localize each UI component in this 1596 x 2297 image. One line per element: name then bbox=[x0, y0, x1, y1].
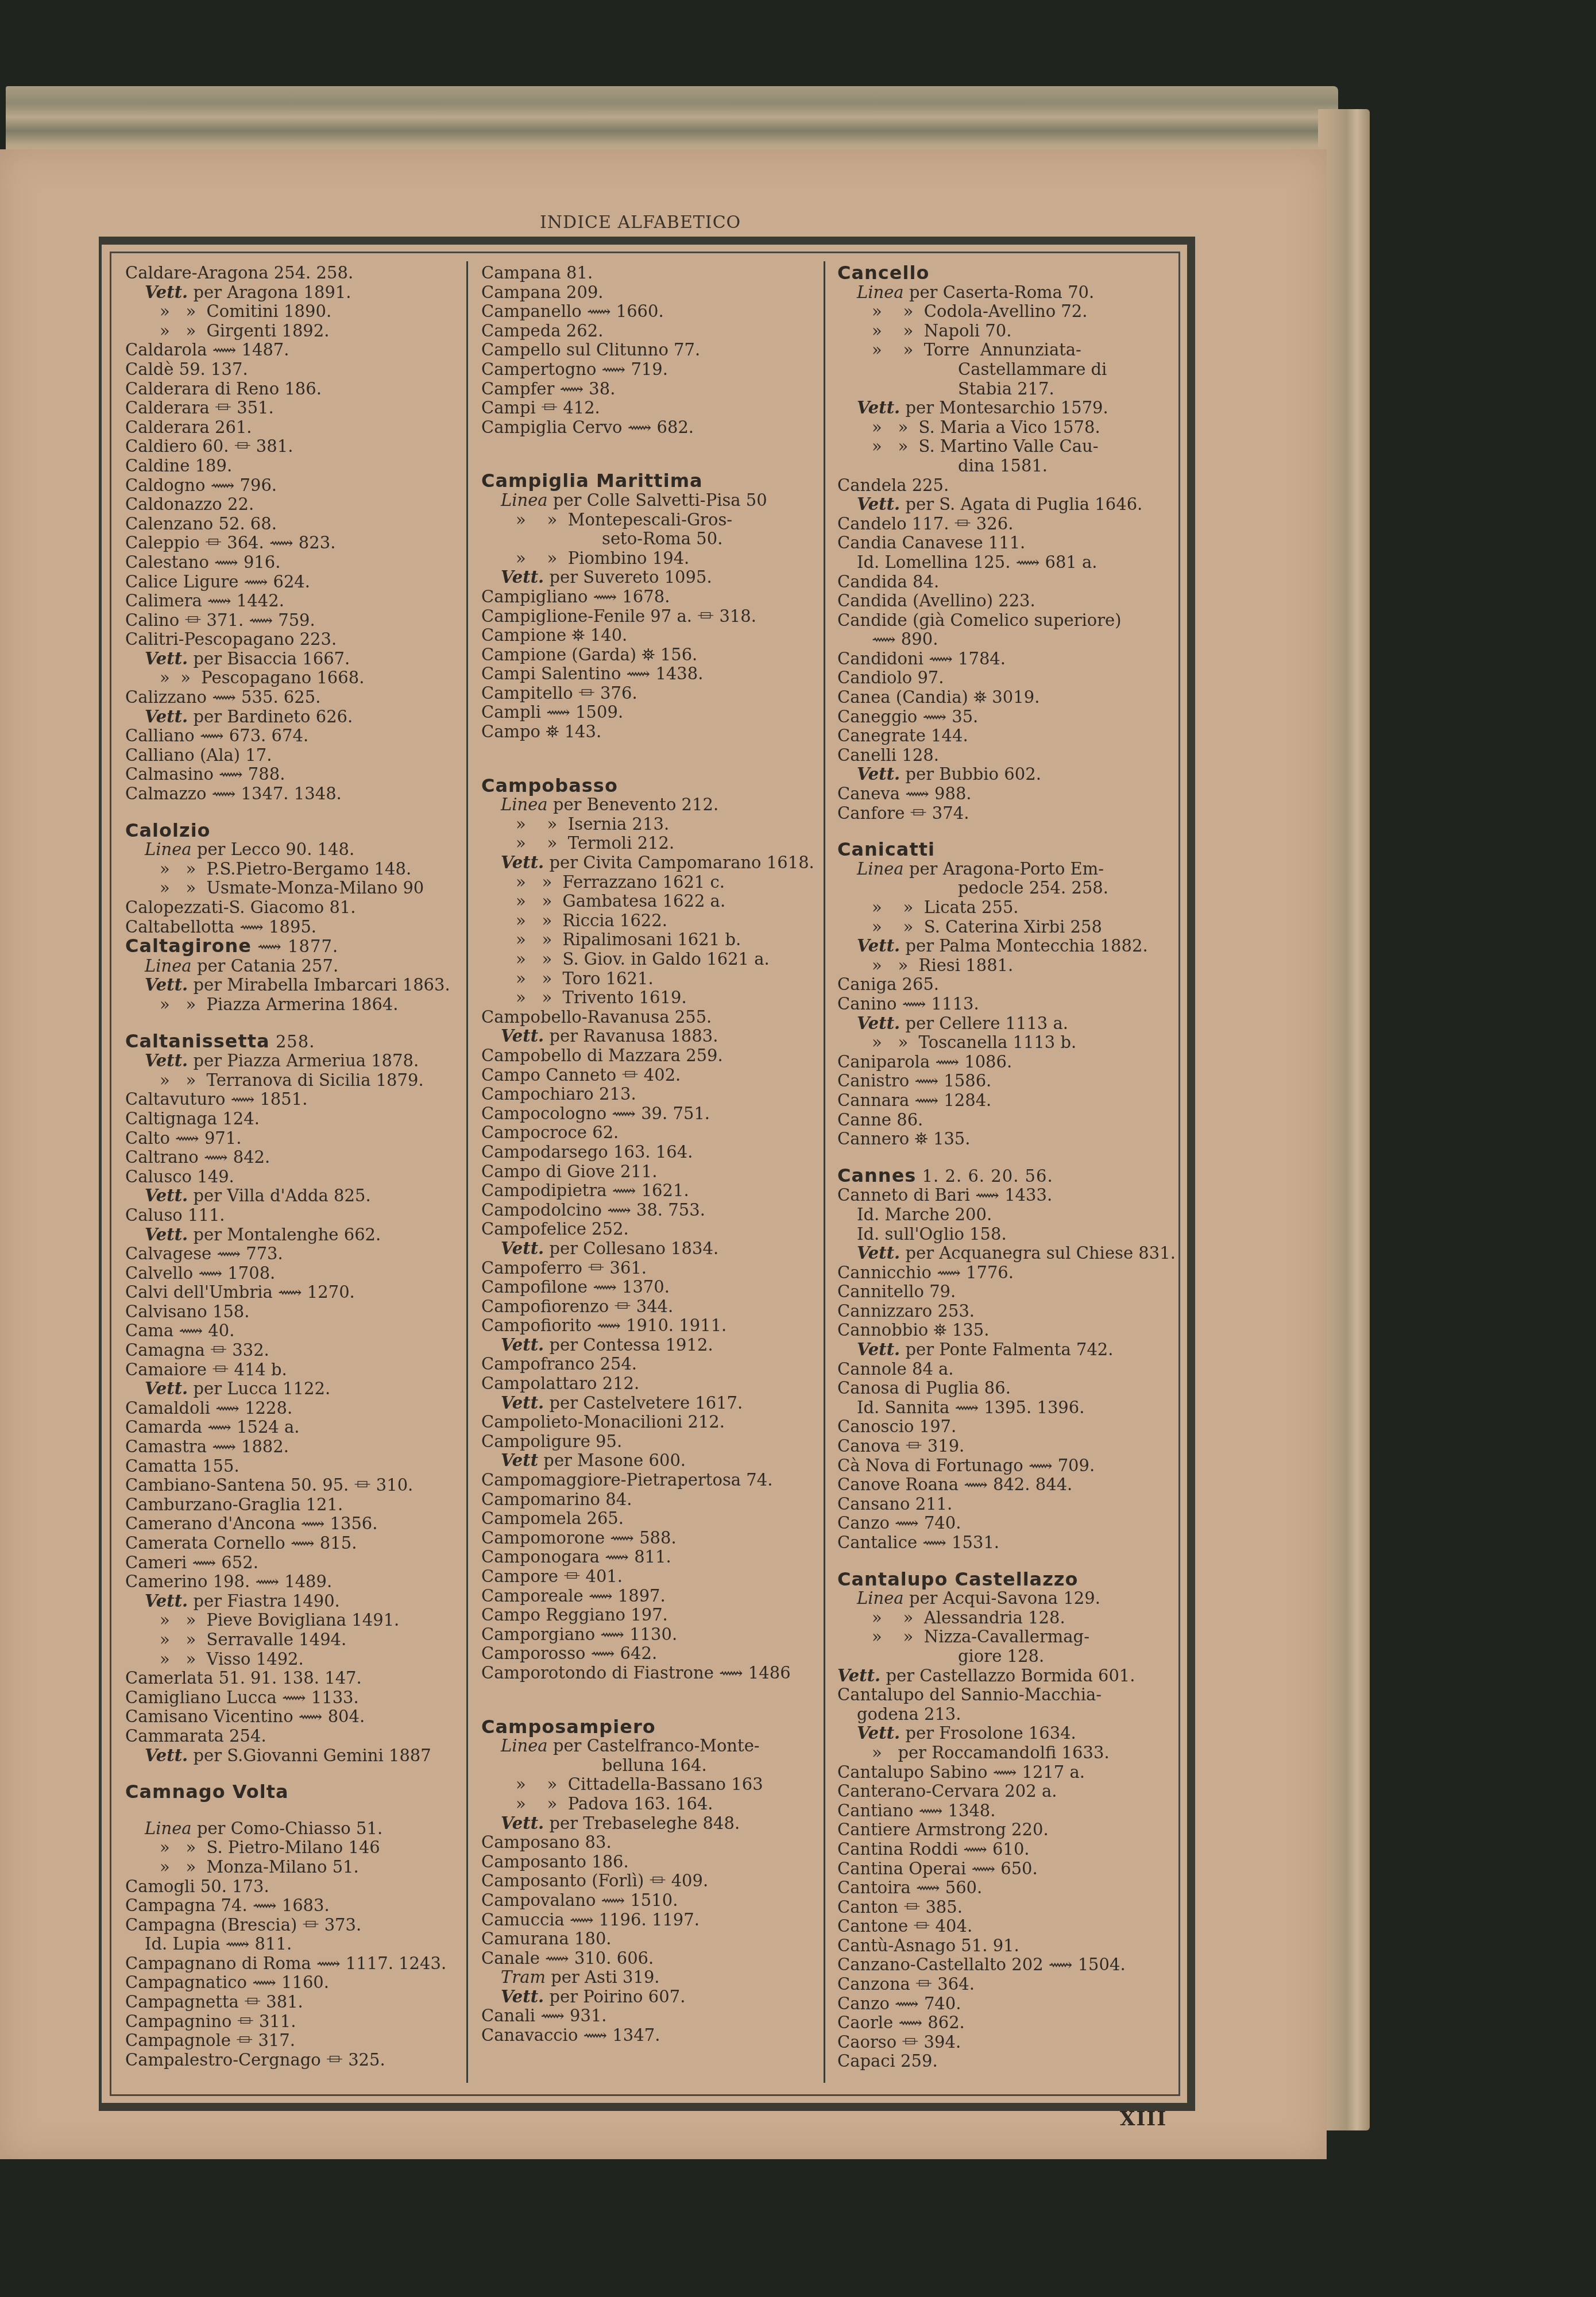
index-frame: Caldare-Aragona 254. 258.Vett. per Arago… bbox=[99, 237, 1195, 2111]
index-subentry: Vett. per Poirino 607. bbox=[481, 1987, 814, 2007]
index-subentry-ditto: » » Visso 1492. bbox=[125, 1650, 458, 1669]
index-entry: Cantalupo Sabino ⟿ 1217 a. bbox=[837, 1763, 1170, 1782]
index-entry: Campanello ⟿ 1660. bbox=[481, 302, 814, 322]
index-entry: Campello sul Clitunno 77. bbox=[481, 341, 814, 360]
heading-name: Caltanissetta bbox=[125, 1030, 270, 1052]
index-entry: Camporgiano ⟿ 1130. bbox=[481, 1625, 814, 1645]
linea-label: Linea bbox=[857, 283, 904, 302]
subentry-text: per Lucca 1122. bbox=[188, 1379, 330, 1398]
index-entry: Canoscio 197. bbox=[837, 1417, 1170, 1437]
subentry-text: per Colle Salvetti-Pisa 50 bbox=[548, 490, 767, 510]
index-entry: Campoferro ⏛ 361. bbox=[481, 1259, 814, 1278]
index-entry: Calderara 261. bbox=[125, 418, 458, 438]
index-entry: Campi Salentino ⟿ 1438. bbox=[481, 664, 814, 684]
vett-label: Vett. bbox=[145, 1746, 188, 1765]
index-heading: Calolzio bbox=[125, 821, 458, 841]
index-entry: Caltrano ⟿ 842. bbox=[125, 1148, 458, 1167]
index-entry: Canne 86. bbox=[837, 1111, 1170, 1130]
index-entry: Caldè 59. 137. bbox=[125, 360, 458, 380]
index-subentry-ditto: » » Pieve Bovigliana 1491. bbox=[125, 1611, 458, 1630]
index-continuation: Stabia 217. bbox=[837, 380, 1170, 399]
index-entry: Caltignaga 124. bbox=[125, 1109, 458, 1129]
index-entry: Caniga 265. bbox=[837, 975, 1170, 995]
index-entry: Candiolo 97. bbox=[837, 668, 1170, 688]
index-subentry: Linea per Acqui-Savona 129. bbox=[837, 1589, 1170, 1608]
index-subentry-ditto: » » S. Caterina Xirbi 258 bbox=[837, 918, 1170, 937]
index-entry: Campagnatico ⟿ 1160. bbox=[125, 1973, 458, 1993]
index-entry: Cannitello 79. bbox=[837, 1282, 1170, 1302]
index-subentry: Vett. per Frosolone 1634. bbox=[837, 1724, 1170, 1743]
subentry-text: Id. Lupia ⟿ 811. bbox=[145, 1934, 292, 1954]
linea-label: Linea bbox=[145, 840, 192, 859]
index-continuation: seto-Roma 50. bbox=[481, 529, 814, 549]
index-entry: Caldonazzo 22. bbox=[125, 495, 458, 515]
index-heading: Camnago Volta bbox=[125, 1782, 458, 1802]
index-subentry-ditto: » » Piazza Armerina 1864. bbox=[125, 995, 458, 1015]
index-entry: Campalestro-Cergnago ⏛ 325. bbox=[125, 2051, 458, 2070]
subentry-text: godena 213. bbox=[857, 1704, 961, 1724]
index-subentry-ditto: » » Piombino 194. bbox=[481, 549, 814, 569]
index-heading: Canicatti bbox=[837, 840, 1170, 860]
index-entry: Cantoira ⟿ 560. bbox=[837, 1878, 1170, 1898]
index-entry: Calvisano 158. bbox=[125, 1302, 458, 1322]
heading-refs: 1. 2. 6. 20. 56. bbox=[916, 1166, 1053, 1186]
linea-label: Tram bbox=[501, 1967, 546, 1987]
index-subentry-ditto: ⟿ 890. bbox=[837, 630, 1170, 649]
index-entry: Campochiaro 213. bbox=[481, 1085, 814, 1104]
index-subentry: Vett. per Cellere 1113 a. bbox=[837, 1014, 1170, 1034]
index-entry: Cantiano ⟿ 1348. bbox=[837, 1801, 1170, 1821]
index-entry: Caorso ⏛ 394. bbox=[837, 2033, 1170, 2052]
index-subentry-ditto: » » Torre Annunziata- bbox=[837, 341, 1170, 360]
index-entry: Cameri ⟿ 652. bbox=[125, 1553, 458, 1573]
index-entry: Campofiorito ⟿ 1910. 1911. bbox=[481, 1316, 814, 1336]
subentry-text: Id. sull'Oglio 158. bbox=[857, 1224, 1007, 1244]
linea-label: Linea bbox=[501, 1736, 548, 1755]
index-entry: Cantiere Armstrong 220. bbox=[837, 1820, 1170, 1840]
index-entry: Cantù-Asnago 51. 91. bbox=[837, 1936, 1170, 1956]
index-heading: Caltanissetta 258. bbox=[125, 1032, 458, 1052]
index-entry: Caltabellotta ⟿ 1895. bbox=[125, 918, 458, 937]
index-entry: Campagna (Brescia) ⏛ 373. bbox=[125, 1916, 458, 1935]
index-entry: Canterano-Cervara 202 a. bbox=[837, 1782, 1170, 1801]
vett-label: Vett. bbox=[501, 1239, 544, 1258]
subentry-text: per Benevento 212. bbox=[548, 795, 718, 814]
index-subentry-ditto: » » S. Martino Valle Cau- bbox=[837, 437, 1170, 457]
subentry-text: per Como-Chiasso 51. bbox=[192, 1819, 382, 1838]
index-entry: Cannicchio ⟿ 1776. bbox=[837, 1263, 1170, 1283]
index-subentry: Id. sull'Oglio 158. bbox=[837, 1225, 1170, 1244]
index-entry: Caneggio ⟿ 35. bbox=[837, 707, 1170, 727]
vett-label: Vett. bbox=[501, 1026, 544, 1046]
index-subentry: Vett. per S. Agata di Puglia 1646. bbox=[837, 495, 1170, 515]
index-entry: Calliano ⟿ 673. 674. bbox=[125, 726, 458, 746]
index-entry: Camburzano-Graglia 121. bbox=[125, 1495, 458, 1515]
index-subentry: Vett. per Villa d'Adda 825. bbox=[125, 1186, 458, 1206]
index-entry: Capaci 259. bbox=[837, 2052, 1170, 2071]
index-entry: Caneva ⟿ 988. bbox=[837, 784, 1170, 804]
index-entry: Cansano 211. bbox=[837, 1495, 1170, 1514]
index-column-2: Campana 81.Campana 209.Campanello ⟿ 1660… bbox=[481, 264, 814, 2045]
index-entry: Camigliano Lucca ⟿ 1133. bbox=[125, 1688, 458, 1708]
vett-label: Vett. bbox=[857, 1723, 900, 1743]
index-entry: Calusco 149. bbox=[125, 1167, 458, 1187]
index-subentry: Vett. per Trebaseleghe 848. bbox=[481, 1814, 814, 1834]
vett-label: Vett. bbox=[501, 1335, 544, 1355]
vett-label: Vett. bbox=[145, 1225, 188, 1244]
index-subentry: Vett. per Ponte Falmenta 742. bbox=[837, 1340, 1170, 1360]
index-entry: Campiglione-Fenile 97 a. ⏛ 318. bbox=[481, 607, 814, 627]
index-entry: Canneto di Bari ⟿ 1433. bbox=[837, 1186, 1170, 1205]
vett-label: Vett. bbox=[501, 1813, 544, 1833]
vett-label: Vett. bbox=[145, 283, 188, 302]
index-entry: Canelli 128. bbox=[837, 746, 1170, 765]
linea-label: Linea bbox=[857, 1588, 904, 1608]
vett-label: Vett. bbox=[857, 398, 900, 417]
index-entry: Camisano Vicentino ⟿ 804. bbox=[125, 1707, 458, 1727]
index-entry: Canove Roana ⟿ 842. 844. bbox=[837, 1475, 1170, 1495]
index-entry: Camaiore ⏛ 414 b. bbox=[125, 1360, 458, 1380]
subentry-text: Id. Sannita ⟿ 1395. 1396. bbox=[857, 1398, 1084, 1417]
index-entry: Campomorone ⟿ 588. bbox=[481, 1529, 814, 1548]
index-subentry: Id. Sannita ⟿ 1395. 1396. bbox=[837, 1398, 1170, 1418]
index-subentry-ditto: » » Ripalimosani 1621 b. bbox=[481, 930, 814, 950]
index-subentry-ditto: » » Termoli 212. bbox=[481, 834, 814, 853]
index-entry: Campfer ⟿ 38. bbox=[481, 380, 814, 399]
index-entry: Canfore ⏛ 374. bbox=[837, 804, 1170, 823]
subentry-text: per S. Agata di Puglia 1646. bbox=[900, 494, 1142, 514]
index-entry: Cama ⟿ 40. bbox=[125, 1321, 458, 1341]
index-subentry-ditto: » » Comitini 1890. bbox=[125, 302, 458, 322]
index-entry: Calitri-Pescopagano 223. bbox=[125, 630, 458, 649]
index-subentry: godena 213. bbox=[837, 1705, 1170, 1724]
linea-label: Linea bbox=[501, 490, 548, 510]
index-continuation: Castellammare di bbox=[837, 360, 1170, 380]
index-entry: Camerano d'Ancona ⟿ 1356. bbox=[125, 1514, 458, 1534]
running-title: INDICE ALFABETICO bbox=[540, 212, 827, 233]
subentry-text: per Castellazzo Bormida 601. bbox=[880, 1666, 1135, 1685]
index-entry: Caldarola ⟿ 1487. bbox=[125, 341, 458, 360]
index-subentry-ditto: » » Cittadella-Bassano 163 bbox=[481, 1775, 814, 1795]
index-subentry: Vett. per Palma Montecchia 1882. bbox=[837, 937, 1170, 956]
subentry-text: per Villa d'Adda 825. bbox=[188, 1186, 370, 1205]
index-subentry: Vett. per Montesarchio 1579. bbox=[837, 399, 1170, 418]
index-subentry: Linea per Benevento 212. bbox=[481, 795, 814, 815]
vett-label: Vett. bbox=[501, 1393, 544, 1413]
index-subentry: Vett. per S.Giovanni Gemini 1887 bbox=[125, 1746, 458, 1766]
index-entry: Campore ⏛ 401. bbox=[481, 1567, 814, 1587]
index-subentry: Vett. per Castelvetere 1617. bbox=[481, 1394, 814, 1413]
index-subentry: Vett. per Ravanusa 1883. bbox=[481, 1027, 814, 1046]
subentry-text: per Contessa 1912. bbox=[544, 1335, 713, 1355]
index-entry: Canosa di Puglia 86. bbox=[837, 1379, 1170, 1398]
subentry-text: per Aragona-Porto Em- bbox=[904, 859, 1104, 879]
index-subentry-ditto: » » Alessandria 128. bbox=[837, 1608, 1170, 1628]
index-subentry: Vett. per Lucca 1122. bbox=[125, 1379, 458, 1399]
index-entry: Camerata Cornello ⟿ 815. bbox=[125, 1534, 458, 1553]
book-page: INDICE ALFABETICO Caldare-Aragona 254. 2… bbox=[0, 149, 1327, 2159]
index-entry: Canali ⟿ 931. bbox=[481, 2006, 814, 2026]
vett-label: Vett. bbox=[857, 494, 900, 514]
index-entry: Calvello ⟿ 1708. bbox=[125, 1264, 458, 1283]
index-heading: Campobasso bbox=[481, 776, 814, 796]
index-subentry-ditto: » » Ferrazzano 1621 c. bbox=[481, 873, 814, 892]
subentry-text: per Palma Montecchia 1882. bbox=[900, 936, 1147, 956]
index-entry: Calizzano ⟿ 535. 625. bbox=[125, 688, 458, 707]
index-entry: Campitello ⏛ 376. bbox=[481, 684, 814, 703]
index-entry: Calmazzo ⟿ 1347. 1348. bbox=[125, 784, 458, 804]
index-entry: Caleppio ⏛ 364. ⟿ 823. bbox=[125, 533, 458, 553]
index-entry: Campana 209. bbox=[481, 283, 814, 303]
subentry-text: per Ravanusa 1883. bbox=[544, 1026, 718, 1046]
index-subentry-ditto: » » Padova 163. 164. bbox=[481, 1795, 814, 1814]
index-subentry: Vett. per Mirabella Imbarcari 1863. bbox=[125, 976, 458, 995]
index-column-3: CancelloLinea per Caserta-Roma 70.» » Co… bbox=[837, 264, 1170, 2071]
index-subentry-ditto: » » S. Maria a Vico 1578. bbox=[837, 418, 1170, 438]
heading-refs: 258. bbox=[270, 1032, 315, 1051]
index-entry: Calopezzati-S. Giacomo 81. bbox=[125, 898, 458, 918]
index-subentry-ditto: » » Trivento 1619. bbox=[481, 988, 814, 1008]
index-entry: Caorle ⟿ 862. bbox=[837, 2013, 1170, 2033]
index-entry: Campagna 74. ⟿ 1683. bbox=[125, 1896, 458, 1916]
index-entry: Campofranco 254. bbox=[481, 1355, 814, 1374]
vett-label: Vett. bbox=[145, 975, 188, 995]
index-entry: Camurana 180. bbox=[481, 1929, 814, 1949]
index-heading: Camposampiero bbox=[481, 1718, 814, 1737]
index-subentry-ditto: » » Usmate-Monza-Milano 90 bbox=[125, 879, 458, 898]
index-entry: Campomarino 84. bbox=[481, 1490, 814, 1510]
index-subentry: Vett. per Montalenghe 662. bbox=[125, 1225, 458, 1245]
index-entry: Canale ⟿ 310. 606. bbox=[481, 1949, 814, 1969]
index-entry: Canino ⟿ 1113. bbox=[837, 995, 1170, 1014]
index-subentry-ditto: » » Riesi 1881. bbox=[837, 956, 1170, 976]
index-subentry: Vett. per Bisaccia 1667. bbox=[125, 649, 458, 669]
index-entry: Candela 225. bbox=[837, 476, 1170, 496]
index-entry: Campofelice 252. bbox=[481, 1220, 814, 1239]
index-subentry-ditto: » » Gambatesa 1622 a. bbox=[481, 892, 814, 911]
subentry-text: per Frosolone 1634. bbox=[900, 1723, 1076, 1743]
subentry-text: per Collesano 1834. bbox=[544, 1239, 718, 1258]
subentry-text: per Piazza Armeriua 1878. bbox=[188, 1051, 419, 1070]
linea-label: Linea bbox=[145, 1819, 192, 1838]
index-subentry: Vett. per Acquanegra sul Chiese 831. bbox=[837, 1244, 1170, 1263]
index-continuation: pedocle 254. 258. bbox=[837, 879, 1170, 898]
index-entry: Campomaggiore-Pietrapertosa 74. bbox=[481, 1471, 814, 1490]
index-entry: Caldare-Aragona 254. 258. bbox=[125, 264, 458, 283]
index-subentry-ditto: » » Licata 255. bbox=[837, 898, 1170, 918]
index-subentry: Vett. per Collesano 1834. bbox=[481, 1239, 814, 1259]
subentry-text: per Castelvetere 1617. bbox=[544, 1393, 743, 1413]
index-entry: Campione (Garda) ⛯ 156. bbox=[481, 645, 814, 665]
index-entry: Campagnole ⏛ 317. bbox=[125, 2031, 458, 2051]
index-entry: Calderara ⏛ 351. bbox=[125, 399, 458, 418]
vett-label: Vett. bbox=[501, 853, 544, 872]
index-entry: Cannobbio ⛯ 135. bbox=[837, 1321, 1170, 1340]
subentry-text: per S.Giovanni Gemini 1887 bbox=[188, 1746, 431, 1765]
index-entry: Canea (Candia) ⛯ 3019. bbox=[837, 688, 1170, 707]
index-entry: Caldine 189. bbox=[125, 457, 458, 476]
index-entry: Calenzano 52. 68. bbox=[125, 515, 458, 534]
index-frame-inner: Caldare-Aragona 254. 258.Vett. per Arago… bbox=[110, 252, 1180, 2096]
index-subentry: Id. Lupia ⟿ 811. bbox=[125, 1935, 458, 1954]
heading-refs: ⟿ 1877. bbox=[252, 937, 338, 956]
vett-label: Vett. bbox=[857, 1340, 900, 1359]
index-entry: Camogli 50. 173. bbox=[125, 1877, 458, 1897]
index-subentry-ditto: » » Riccia 1622. bbox=[481, 911, 814, 931]
index-entry: Cannole 84 a. bbox=[837, 1360, 1170, 1379]
vett-label: Vett. bbox=[145, 707, 188, 726]
index-entry: Camponogara ⟿ 811. bbox=[481, 1548, 814, 1567]
index-entry: Cambiano-Santena 50. 95. ⏛ 310. bbox=[125, 1476, 458, 1495]
index-entry: Candia Canavese 111. bbox=[837, 533, 1170, 553]
subentry-text: Id. Marche 200. bbox=[857, 1205, 992, 1224]
subentry-text: per Cellere 1113 a. bbox=[900, 1014, 1068, 1033]
index-heading: Caltagirone ⟿ 1877. bbox=[125, 937, 458, 957]
index-subentry: Vett. per Civita Campomarano 1618. bbox=[481, 853, 814, 873]
vett-label: Vett. bbox=[145, 1186, 188, 1205]
vett-label: Vett. bbox=[837, 1666, 880, 1685]
subentry-text: per Castelfranco-Monte- bbox=[548, 1736, 760, 1755]
index-subentry-ditto: » » Napoli 70. bbox=[837, 322, 1170, 341]
index-subentry-ditto: » » S. Pietro-Milano 146 bbox=[125, 1838, 458, 1858]
subentry-text: per Caserta-Roma 70. bbox=[904, 283, 1095, 302]
subentry-text: per Acqui-Savona 129. bbox=[904, 1588, 1100, 1608]
spacer bbox=[481, 1683, 814, 1700]
vett-label: Vett. bbox=[145, 1051, 188, 1070]
index-entry: Calliano (Ala) 17. bbox=[125, 746, 458, 765]
index-subentry: Linea per Caserta-Roma 70. bbox=[837, 283, 1170, 303]
index-subentry: Linea per Aragona-Porto Em- bbox=[837, 860, 1170, 879]
subentry-text: per Bisaccia 1667. bbox=[188, 649, 350, 668]
index-entry: Calvi dell'Umbria ⟿ 1270. bbox=[125, 1283, 458, 1302]
index-entry: Candelo 117. ⏛ 326. bbox=[837, 515, 1170, 534]
index-entry: Campocologno ⟿ 39. 751. bbox=[481, 1104, 814, 1124]
heading-name: Cannes bbox=[837, 1165, 916, 1186]
column-divider bbox=[824, 261, 825, 2083]
index-heading: Cantalupo Castellazzo bbox=[837, 1570, 1170, 1590]
vett-label: Vett. bbox=[501, 567, 544, 587]
index-entry: Cantone ⏛ 404. bbox=[837, 1917, 1170, 1936]
vett-label: Vett. bbox=[145, 1379, 188, 1398]
index-subentry-ditto: » » Monza-Milano 51. bbox=[125, 1858, 458, 1877]
index-entry: Canzo ⟿ 740. bbox=[837, 1514, 1170, 1533]
index-subentry: Vett. per Piazza Armeriua 1878. bbox=[125, 1051, 458, 1071]
index-entry: Campo ⛯ 143. bbox=[481, 722, 814, 742]
linea-label: Linea bbox=[857, 859, 904, 879]
index-subentry: Vett. per Bardineto 626. bbox=[125, 707, 458, 727]
index-entry: Campomela 265. bbox=[481, 1509, 814, 1529]
index-entry: Campo Canneto ⏛ 402. bbox=[481, 1066, 814, 1085]
index-entry: Camagna ⏛ 332. bbox=[125, 1341, 458, 1360]
index-subentry-ditto: » per Roccamandolfi 1633. bbox=[837, 1743, 1170, 1763]
subentry-text: per Ponte Falmenta 742. bbox=[900, 1340, 1113, 1359]
index-continuation: dina 1581. bbox=[837, 457, 1170, 476]
subentry-text: per Masone 600. bbox=[538, 1451, 686, 1470]
heading-name: Caltagirone bbox=[125, 935, 252, 957]
index-entry: Camposanto 186. bbox=[481, 1853, 814, 1872]
vett-label: Vett bbox=[501, 1451, 538, 1470]
index-entry: Campodolcino ⟿ 38. 753. bbox=[481, 1201, 814, 1220]
index-subentry: Id. Lomellina 125. ⟿ 681 a. bbox=[837, 553, 1170, 573]
index-entry: Campana 81. bbox=[481, 264, 814, 283]
index-entry: Cantalice ⟿ 1531. bbox=[837, 1533, 1170, 1553]
index-subentry-ditto: » » Isernia 213. bbox=[481, 815, 814, 834]
index-entry: Candide (già Comelico superiore) bbox=[837, 611, 1170, 631]
index-entry: Camastra ⟿ 1882. bbox=[125, 1437, 458, 1457]
vett-label: Vett. bbox=[145, 649, 188, 668]
vett-label: Vett. bbox=[857, 1014, 900, 1033]
index-entry: Campoligure 95. bbox=[481, 1432, 814, 1452]
index-subentry: Tram per Asti 319. bbox=[481, 1968, 814, 1987]
index-entry: Camaldoli ⟿ 1228. bbox=[125, 1399, 458, 1418]
index-subentry: Linea per Catania 257. bbox=[125, 957, 458, 976]
index-entry: Campocroce 62. bbox=[481, 1123, 814, 1143]
index-entry: Canzona ⏛ 364. bbox=[837, 1975, 1170, 1994]
subentry-text: per Montesarchio 1579. bbox=[900, 398, 1108, 417]
index-subentry: Linea per Colle Salvetti-Pisa 50 bbox=[481, 491, 814, 511]
subentry-text: per Catania 257. bbox=[192, 956, 338, 976]
subentry-text: per Trebaseleghe 848. bbox=[544, 1813, 740, 1833]
index-entry: Caldiero 60. ⏛ 381. bbox=[125, 437, 458, 457]
subentry-text: per Lecco 90. 148. bbox=[192, 840, 355, 859]
index-entry: Calmasino ⟿ 788. bbox=[125, 765, 458, 784]
vett-label: Vett. bbox=[857, 936, 900, 956]
index-entry: Campodipietra ⟿ 1621. bbox=[481, 1181, 814, 1201]
index-entry: Campagnano di Roma ⟿ 1117. 1243. bbox=[125, 1954, 458, 1974]
index-subentry-ditto: » » P.S.Pietro-Bergamo 148. bbox=[125, 860, 458, 879]
index-entry: Canzo ⟿ 740. bbox=[837, 1994, 1170, 2014]
index-entry: Candida 84. bbox=[837, 573, 1170, 592]
index-entry: Campofilone ⟿ 1370. bbox=[481, 1278, 814, 1297]
index-heading: Cancello bbox=[837, 264, 1170, 283]
index-entry: Camarda ⟿ 1524 a. bbox=[125, 1418, 458, 1437]
index-entry: Canton ⏛ 385. bbox=[837, 1898, 1170, 1917]
index-entry: Camerlata 51. 91. 138. 147. bbox=[125, 1669, 458, 1688]
index-entry: Calino ⏛ 371. ⟿ 759. bbox=[125, 611, 458, 631]
index-continuation: belluna 164. bbox=[481, 1756, 814, 1776]
index-subentry: Vett. per Suvereto 1095. bbox=[481, 568, 814, 587]
index-entry: Campofiorenzo ⏛ 344. bbox=[481, 1297, 814, 1317]
index-entry: Calestano ⟿ 916. bbox=[125, 553, 458, 573]
index-entry: Cannara ⟿ 1284. bbox=[837, 1091, 1170, 1111]
index-entry: Campeda 262. bbox=[481, 322, 814, 341]
subentry-text: per Poirino 607. bbox=[544, 1987, 685, 2006]
index-subentry-ditto: » » Girgenti 1892. bbox=[125, 322, 458, 341]
index-entry: Caldogno ⟿ 796. bbox=[125, 476, 458, 496]
index-entry: Cantina Roddi ⟿ 610. bbox=[837, 1840, 1170, 1859]
index-subentry: Linea per Lecco 90. 148. bbox=[125, 840, 458, 860]
index-entry: Campione ⛯ 140. bbox=[481, 626, 814, 645]
index-entry: Camposano 83. bbox=[481, 1833, 814, 1853]
vett-label: Vett. bbox=[857, 1243, 900, 1263]
index-entry: Campo di Giove 211. bbox=[481, 1162, 814, 1182]
index-subentry: Vett. per Bubbio 602. bbox=[837, 765, 1170, 784]
subentry-text: per Asti 319. bbox=[546, 1967, 660, 1987]
index-entry: Campertogno ⟿ 719. bbox=[481, 360, 814, 380]
index-entry: Caltavuturo ⟿ 1851. bbox=[125, 1090, 458, 1109]
index-entry: Cannizzaro 253. bbox=[837, 1302, 1170, 1321]
index-entry: Caluso 111. bbox=[125, 1206, 458, 1225]
index-entry: Canegrate 144. bbox=[837, 726, 1170, 746]
index-entry: Calto ⟿ 971. bbox=[125, 1129, 458, 1148]
subentry-text: per Fiastra 1490. bbox=[188, 1591, 340, 1611]
index-entry: Canova ⏛ 319. bbox=[837, 1437, 1170, 1456]
index-heading: Cannes 1. 2. 6. 20. 56. bbox=[837, 1166, 1170, 1186]
index-entry: Campiglia Cervo ⟿ 682. bbox=[481, 418, 814, 438]
index-entry: Campolattaro 212. bbox=[481, 1374, 814, 1394]
index-entry: Candidoni ⟿ 1784. bbox=[837, 649, 1170, 669]
index-subentry-ditto: » » Codola-Avellino 72. bbox=[837, 302, 1170, 322]
